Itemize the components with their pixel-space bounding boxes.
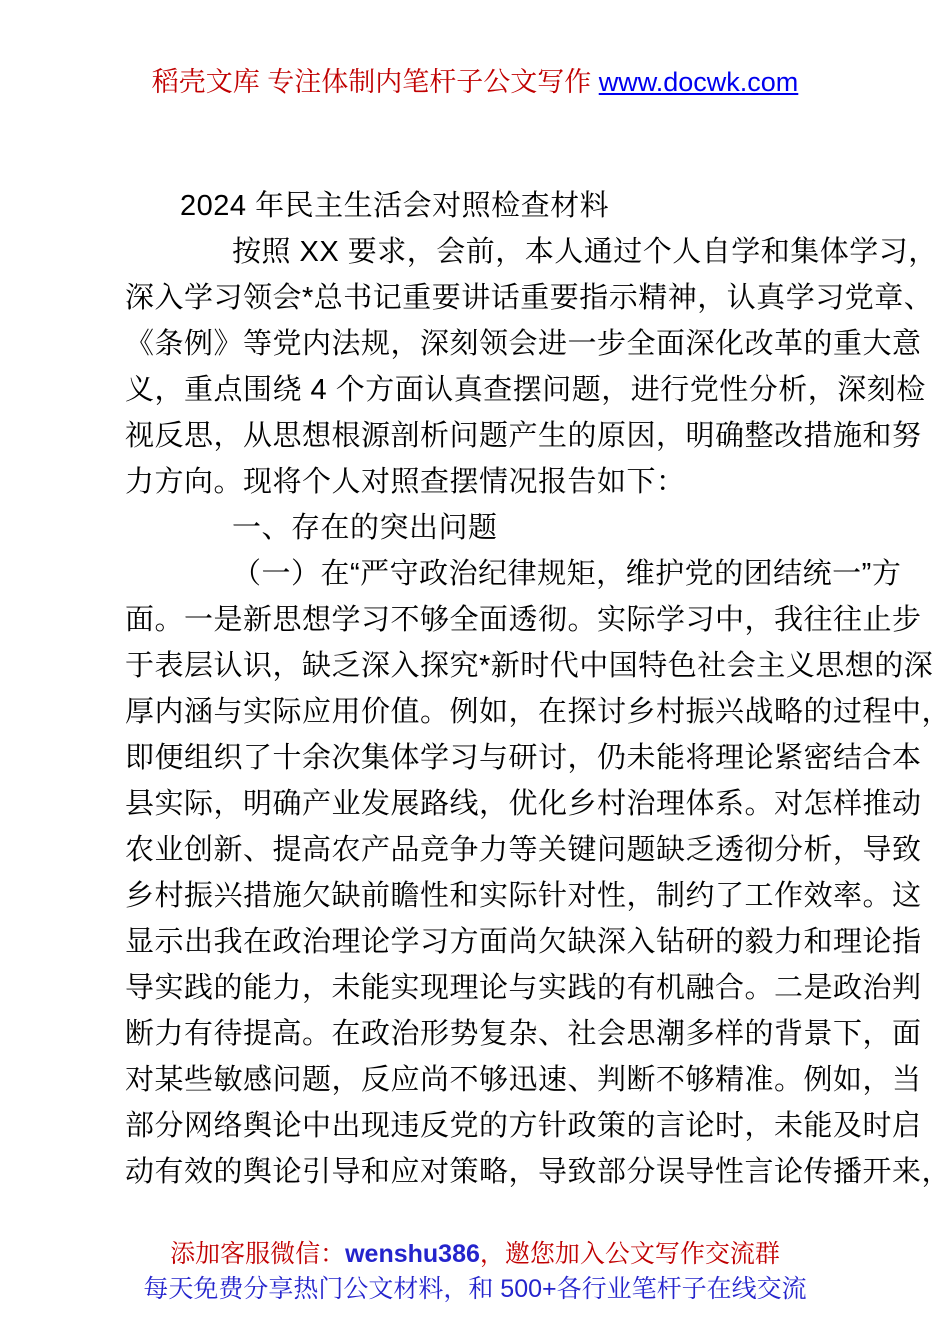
promo-footer: 添加客服微信：wenshu386，邀您加入公文写作交流群 每天免费分享热门公文材… — [0, 1237, 950, 1307]
document-line: 义，重点围绕 4 个方面认真查摆问题，进行党性分析，深刻检 — [125, 367, 865, 413]
document-line: 显示出我在政治理论学习方面尚欠缺深入钻研的毅力和理论指 — [125, 919, 865, 965]
promo-brand-text: 稻壳文库 专注体制内笔杆子公文写作 — [152, 67, 592, 97]
promo-header: 稻壳文库 专注体制内笔杆子公文写作 www.docwk.com — [0, 66, 950, 98]
document-line: （一）在“严守政治纪律规矩，维护党的团结统一”方 — [125, 551, 865, 597]
document-line: 视反思，从思想根源剖析问题产生的原因，明确整改措施和努 — [125, 413, 865, 459]
document-line: 断力有待提高。在政治形势复杂、社会思潮多样的背景下，面 — [125, 1011, 865, 1057]
footer-wechat-id: wenshu386 — [345, 1240, 480, 1268]
document-line: 深入学习领会*总书记重要讲话重要指示精神，认真学习党章、 — [125, 275, 865, 321]
document-line: 乡村振兴措施欠缺前瞻性和实际针对性，制约了工作效率。这 — [125, 873, 865, 919]
document-line: 县实际，明确产业发展路线，优化乡村治理体系。对怎样推动 — [125, 781, 865, 827]
document-line: 一、存在的突出问题 — [125, 505, 865, 551]
document-line: 按照 XX 要求，会前，本人通过个人自学和集体学习， — [125, 229, 865, 275]
document-line: 于表层认识，缺乏深入探究*新时代中国特色社会主义思想的深 — [125, 643, 865, 689]
document-line: 面。一是新思想学习不够全面透彻。实际学习中，我往往止步 — [125, 597, 865, 643]
footer-line-1: 添加客服微信：wenshu386，邀您加入公文写作交流群 — [0, 1237, 950, 1272]
document-line: 对某些敏感问题，反应尚不够迅速、判断不够精准。例如，当 — [125, 1057, 865, 1103]
promo-website-link[interactable]: www.docwk.com — [599, 67, 799, 97]
document-line: 部分网络舆论中出现违反党的方针政策的言论时，未能及时启 — [125, 1103, 865, 1149]
document-line: 动有效的舆论引导和应对策略，导致部分误导性言论传播开来， — [125, 1149, 865, 1195]
document-page: 稻壳文库 专注体制内笔杆子公文写作 www.docwk.com 2024 年民主… — [0, 0, 950, 1344]
footer-invite-text: ，邀您加入公文写作交流群 — [480, 1240, 780, 1268]
document-body: 2024 年民主生活会对照检查材料 按照 XX 要求，会前，本人通过个人自学和集… — [125, 183, 865, 1195]
document-line: 即便组织了十余次集体学习与研讨，仍未能将理论紧密结合本 — [125, 735, 865, 781]
document-line: 2024 年民主生活会对照检查材料 — [125, 183, 865, 229]
document-line: 厚内涵与实际应用价值。例如，在探讨乡村振兴战略的过程中， — [125, 689, 865, 735]
footer-wechat-label: 添加客服微信： — [170, 1240, 345, 1268]
document-line: 力方向。现将个人对照查摆情况报告如下： — [125, 459, 865, 505]
document-line: 导实践的能力，未能实现理论与实践的有机融合。二是政治判 — [125, 965, 865, 1011]
document-line: 农业创新、提高农产品竞争力等关键问题缺乏透彻分析，导致 — [125, 827, 865, 873]
document-line: 《条例》等党内法规，深刻领会进一步全面深化改革的重大意 — [125, 321, 865, 367]
footer-line-2: 每天免费分享热门公文材料，和 500+各行业笔杆子在线交流 — [0, 1272, 950, 1307]
